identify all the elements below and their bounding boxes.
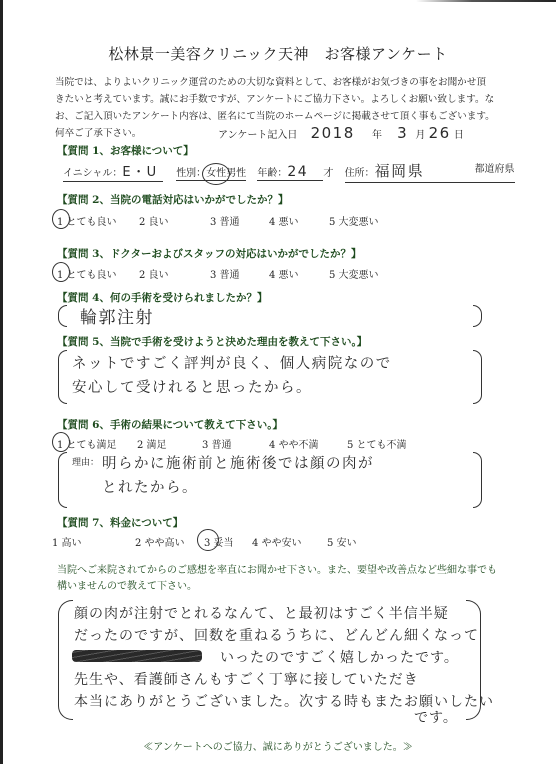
q6-option-3[interactable]: 3 普通 [202, 436, 232, 451]
q2-option-5[interactable]: 5 大変悪い [329, 213, 379, 228]
scan-edge-left [0, 0, 3, 764]
date-year-unit: 年 [372, 130, 382, 141]
bracket-left [58, 305, 67, 327]
age-field[interactable]: 年齢：24 [257, 168, 323, 181]
q5-heading: 【質問 5、当院で手術を受けようと決めた理由を教えて下さい。】 [57, 334, 367, 349]
selection-circle [52, 209, 70, 229]
q7-option-2[interactable]: 2 やや高い [135, 534, 185, 549]
survey-date: アンケート記入日 2018 年 3 月 26 日 [218, 124, 464, 142]
q7-heading: 【質問 7、料金について】 [57, 515, 183, 530]
page-title: 松林景一美容クリニック天神 お客様アンケート [0, 43, 556, 64]
date-month-unit: 月 [415, 130, 425, 141]
date-month: 3 [397, 124, 408, 142]
q1-heading: 【質問 1、お客様について】 [57, 143, 194, 158]
date-year: 2018 [311, 124, 355, 142]
date-day: 26 [429, 124, 451, 142]
q7-option-4[interactable]: 4 やや安い [252, 534, 302, 549]
q3-option-3[interactable]: 3 普通 [210, 266, 240, 281]
q2-option-3[interactable]: 3 普通 [210, 213, 240, 228]
age-unit: 才 [323, 168, 333, 179]
bracket-right [473, 452, 482, 508]
crossed-out-text [72, 650, 202, 662]
q2-option-2[interactable]: 2 良い [139, 213, 169, 228]
q6-option-2[interactable]: 2 満足 [137, 436, 167, 451]
gender-field[interactable]: 性別：女性男性 [176, 168, 246, 181]
scan-edge-top [416, 0, 556, 2]
address-field[interactable]: 住所：福岡県都道府県 [345, 160, 515, 183]
initial-value: E・U [122, 165, 157, 180]
q2-heading: 【質問 2、当院の電話対応はいかがでしたか？】 [57, 192, 288, 207]
comment-line: 顔の肉が注射でとれるなんて、と最初はすごく半信半疑 [74, 603, 494, 625]
q2-option-4[interactable]: 4 悪い [269, 213, 299, 228]
q6-reason-label: 理由： [72, 455, 99, 468]
initial-field[interactable]: イニシャル：E・U [63, 161, 163, 182]
selection-circle [52, 262, 70, 282]
address-label: 住所： [345, 168, 375, 179]
q3-option-5[interactable]: 5 大変悪い [329, 266, 379, 281]
q6-heading: 【質問 6、手術の結果について教えて下さい。】 [57, 417, 283, 432]
bracket-right [473, 350, 482, 404]
comments-prompt: 当院へご来院されてからのご感想を率直にお聞かせ下さい。また、要望や改善点など些細… [57, 563, 497, 595]
q3-heading: 【質問 3、ドクターおよびスタッフの対応はいかがでしたか？】 [57, 246, 362, 261]
bracket-left [58, 350, 67, 404]
q6-option-5[interactable]: 5 とても不満 [347, 436, 407, 451]
comment-line: だったのですが、回数を重ねるうちに、どんどん細くなって [74, 625, 494, 647]
address-unit: 都道府県 [475, 160, 515, 175]
comments-answer[interactable]: 顔の肉が注射でとれるなんて、と最初はすごく半信半疑 だったのですが、回数を重ねる… [74, 603, 494, 729]
q6-reason[interactable]: 明らかに施術前と施術後では顔の肉が とれたから。 [102, 452, 374, 500]
bracket-left [58, 600, 73, 720]
q3-option-4[interactable]: 4 悪い [269, 266, 299, 281]
date-label: アンケート記入日 [218, 130, 297, 141]
initial-label: イニシャル： [63, 168, 122, 179]
address-value: 福岡県 [375, 162, 425, 180]
q7-option-1[interactable]: 1 高い [52, 534, 82, 549]
selection-circle [197, 529, 219, 551]
q6-reason-line: 明らかに施術前と施術後では顔の肉が [102, 452, 374, 476]
age-label: 年齢： [257, 168, 287, 179]
q6-reason-line: とれたから。 [102, 476, 374, 500]
q5-answer-line: 安心して受けれると思ったから。 [72, 376, 392, 400]
age-value: 24 [287, 164, 323, 180]
selection-circle [52, 432, 70, 452]
selection-circle [202, 163, 230, 185]
comment-line: 先生や、看護師さんもすごく丁寧に接していただき [74, 669, 494, 691]
gender-female[interactable]: 女性 [206, 168, 226, 179]
bracket-right [473, 305, 482, 327]
q5-answer[interactable]: ネットですごく評判が良く、個人病院なので 安心して受けれると思ったから。 [72, 352, 392, 400]
q3-option-2[interactable]: 2 良い [139, 266, 169, 281]
q6-option-4[interactable]: 4 やや不満 [269, 436, 319, 451]
q4-answer[interactable]: 輪郭注射 [80, 303, 154, 328]
footer-thanks: ≪アンケートへのご協力、誠にありがとうございました。≫ [0, 738, 556, 753]
q7-option-5[interactable]: 5 安い [327, 534, 357, 549]
q1-fields: イニシャル：E・U 性別：女性男性 年齢：24才 住所：福岡県都道府県 [63, 160, 515, 183]
q5-answer-line: ネットですごく評判が良く、個人病院なので [72, 352, 392, 376]
date-day-unit: 日 [454, 130, 464, 141]
bracket-left [58, 452, 67, 508]
